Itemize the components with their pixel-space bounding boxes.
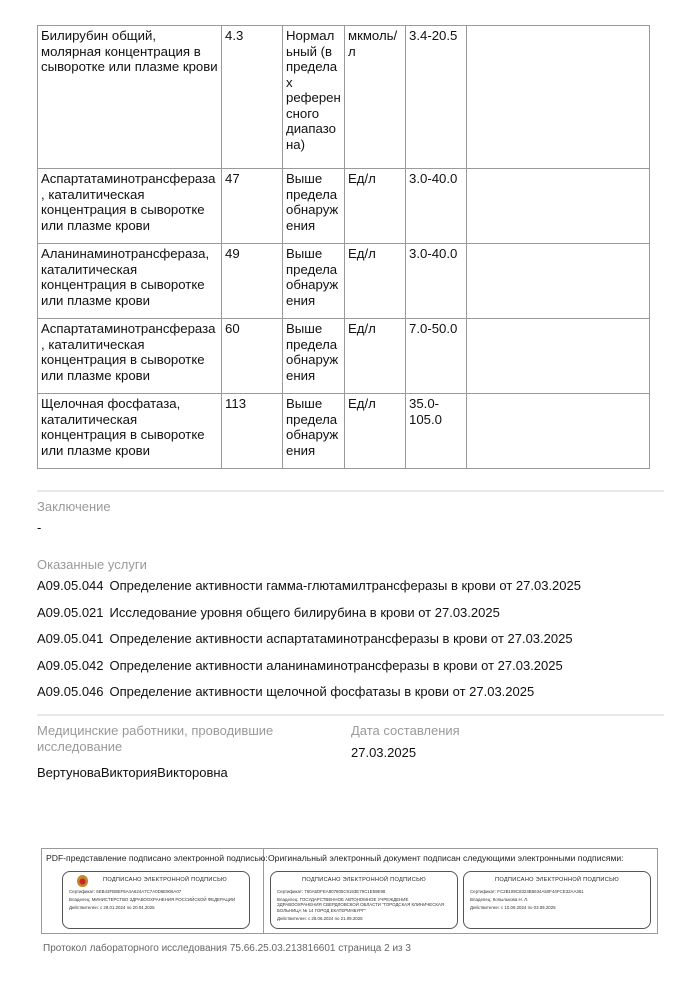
table-row: Аспартатаминотрансфераза, каталитическая… (38, 319, 650, 394)
conclusion-value: - (37, 520, 41, 536)
stamp-validity: Действителен: с 28.06.2024 по 21.09.2025 (277, 916, 451, 921)
service-text: Исследование уровня общего билирубина в … (110, 605, 500, 620)
divider (37, 490, 664, 492)
test-reference: 7.0-50.0 (406, 319, 467, 394)
table-row: Щелочная фосфатаза, каталитическая конце… (38, 394, 650, 469)
services-list: A09.05.044Определение активности гамма-г… (37, 578, 581, 711)
stamp-validity: Действителен: с 10.06.2024 по 03.09.2025 (470, 905, 644, 910)
pdf-signature-title: PDF-представление подписано электронной … (42, 849, 263, 863)
stamp-owner: Владелец: МИНИСТЕРСТВО ЗДРАВООХРАНЕНИЯ Р… (69, 897, 243, 902)
signature-stamp: ПОДПИСАНО ЭЛЕКТРОННОЙ ПОДПИСЬЮ Сертифика… (270, 871, 458, 929)
stamp-header: ПОДПИСАНО ЭЛЕКТРОННОЙ ПОДПИСЬЮ (464, 877, 650, 883)
test-name: Аспартатаминотрансфераза, каталитическая… (38, 169, 222, 244)
test-value: 4.3 (222, 26, 283, 169)
service-text: Определение активности щелочной фосфатаз… (110, 684, 535, 699)
service-item: A09.05.044Определение активности гамма-г… (37, 578, 581, 605)
staff-label: Медицинские работники, проводившие иссле… (37, 723, 297, 755)
stamp-header: ПОДПИСАНО ЭЛЕКТРОННОЙ ПОДПИСЬЮ (81, 877, 249, 883)
service-item: A09.05.021Исследование уровня общего бил… (37, 605, 581, 632)
test-comment (467, 319, 650, 394)
test-reference: 3.0-40.0 (406, 244, 467, 319)
service-text: Определение активности аспартатаминотран… (110, 631, 573, 646)
stamp-certificate: Сертификат: 6EB43FB8EF8A4A624A7C7A0D6E90… (69, 889, 243, 894)
test-unit: Ед/л (345, 319, 406, 394)
test-assessment: Выше предела обнаружения (283, 319, 345, 394)
test-name: Билирубин общий, молярная концентрация в… (38, 26, 222, 169)
service-text: Определение активности гамма-глютамилтра… (110, 578, 581, 593)
signature-stamp: ПОДПИСАНО ЭЛЕКТРОННОЙ ПОДПИСЬЮ Сертифика… (463, 871, 651, 929)
test-assessment: Выше предела обнаружения (283, 244, 345, 319)
test-unit: Ед/л (345, 169, 406, 244)
test-reference: 3.4-20.5 (406, 26, 467, 169)
stamp-owner: Владелец: Копылькова Н. Л. (470, 897, 644, 902)
table-row: Аспартатаминотрансфераза, каталитическая… (38, 169, 650, 244)
test-name: Щелочная фосфатаза, каталитическая конце… (38, 394, 222, 469)
services-label: Оказанные услуги (37, 557, 147, 573)
test-assessment: Выше предела обнаружения (283, 394, 345, 469)
stamp-owner: Владелец: ГОСУДАРСТВЕННОЕ АВТОНОМНОЕ УЧР… (277, 897, 451, 913)
staff-name: ВертуноваВикторияВикторовна (37, 765, 228, 781)
service-item: A09.05.041Определение активности аспарта… (37, 631, 581, 658)
table-row: Аланинаминотрансфераза, каталитическая к… (38, 244, 650, 319)
test-value: 113 (222, 394, 283, 469)
service-code: A09.05.042 (37, 658, 104, 674)
test-value: 60 (222, 319, 283, 394)
service-code: A09.05.046 (37, 684, 104, 700)
test-unit: мкмоль/л (345, 26, 406, 169)
pdf-signature-section: PDF-представление подписано электронной … (42, 849, 264, 933)
service-text: Определение активности аланинаминотрансф… (110, 658, 563, 673)
service-code: A09.05.041 (37, 631, 104, 647)
service-code: A09.05.021 (37, 605, 104, 621)
test-assessment: Нормальный (в пределах референсного диап… (283, 26, 345, 169)
signature-block: PDF-представление подписано электронной … (41, 848, 658, 934)
signature-stamp: ПОДПИСАНО ЭЛЕКТРОННОЙ ПОДПИСЬЮ Сертифика… (62, 871, 250, 929)
original-signature-title: Оригинальный электронный документ подпис… (264, 849, 657, 863)
table-row: Билирубин общий, молярная концентрация в… (38, 26, 650, 169)
conclusion-label: Заключение (37, 499, 111, 515)
service-code: A09.05.044 (37, 578, 104, 594)
test-name: Аланинаминотрансфераза, каталитическая к… (38, 244, 222, 319)
test-value: 49 (222, 244, 283, 319)
test-reference: 35.0-105.0 (406, 394, 467, 469)
test-reference: 3.0-40.0 (406, 169, 467, 244)
service-item: A09.05.042Определение активности аланина… (37, 658, 581, 685)
test-comment (467, 394, 650, 469)
test-value: 47 (222, 169, 283, 244)
stamp-validity: Действителен: с 28.01.2024 по 20.04.2025 (69, 905, 243, 910)
stamp-certificate: Сертификат: FC2B189C8324B5634A50F44FCE32… (470, 889, 644, 894)
date-label: Дата составления (351, 723, 460, 739)
stamp-header: ПОДПИСАНО ЭЛЕКТРОННОЙ ПОДПИСЬЮ (271, 877, 457, 883)
test-comment (467, 26, 650, 169)
test-unit: Ед/л (345, 394, 406, 469)
test-comment (467, 244, 650, 319)
date-value: 27.03.2025 (351, 745, 416, 761)
stamp-certificate: Сертификат: 760A5DFEA807805C9193E79C1E59… (277, 889, 451, 894)
original-signatures-section: Оригинальный электронный документ подпис… (264, 849, 657, 933)
divider (37, 714, 664, 716)
test-comment (467, 169, 650, 244)
coat-of-arms-icon (77, 875, 88, 887)
test-unit: Ед/л (345, 244, 406, 319)
protocol-page-footer: Протокол лабораторного исследования 75.6… (43, 943, 411, 954)
test-name: Аспартатаминотрансфераза, каталитическая… (38, 319, 222, 394)
lab-results-table: Билирубин общий, молярная концентрация в… (37, 25, 650, 469)
test-assessment: Выше предела обнаружения (283, 169, 345, 244)
service-item: A09.05.046Определение активности щелочно… (37, 684, 581, 711)
